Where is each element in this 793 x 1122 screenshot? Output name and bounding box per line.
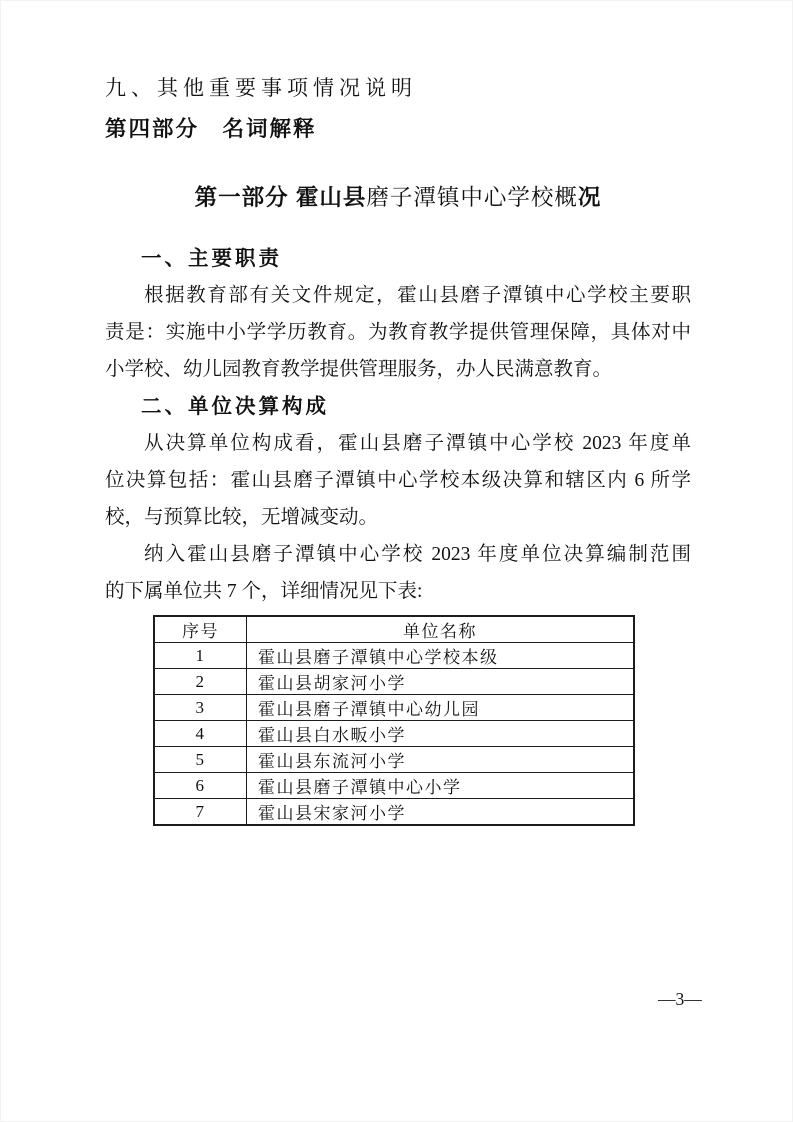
paragraph-line: 纳入霍山县磨子潭镇中心学校 2023 年度单位决算编制范围 <box>105 536 691 573</box>
document-page: 九、其他重要事项情况说明 第四部分 名词解释 第一部分 霍山县磨子潭镇中心学校概… <box>0 0 793 1122</box>
unit-name-cell: 霍山县胡家河小学 <box>247 669 635 695</box>
doc-title-regular-middle: 磨子潭镇中心学校概 <box>366 185 578 210</box>
table-row: 6霍山县磨子潭镇中心小学 <box>154 773 634 799</box>
unit-index-cell: 5 <box>154 747 247 773</box>
paragraph-line: 的下属单位共 7 个，详细情况见下表: <box>105 573 691 610</box>
unit-name-cell: 霍山县东流河小学 <box>247 747 635 773</box>
paragraph-line: 根据教育部有关文件规定，霍山县磨子潭镇中心学校主要职 <box>105 277 691 314</box>
unit-index-cell: 2 <box>154 669 247 695</box>
unit-name-cell: 霍山县宋家河小学 <box>247 799 635 826</box>
doc-title: 第一部分 霍山县磨子潭镇中心学校概况 <box>105 181 691 214</box>
unit-index-cell: 1 <box>154 643 247 669</box>
page-content: 九、其他重要事项情况说明 第四部分 名词解释 第一部分 霍山县磨子潭镇中心学校概… <box>105 73 691 826</box>
table-row: 2霍山县胡家河小学 <box>154 669 634 695</box>
unit-name-cell: 霍山县磨子潭镇中心小学 <box>247 773 635 799</box>
table-row: 5霍山县东流河小学 <box>154 747 634 773</box>
table-header-cell: 单位名称 <box>247 616 635 643</box>
unit-name-cell: 霍山县磨子潭镇中心幼儿园 <box>247 695 635 721</box>
intro-line: 九、其他重要事项情况说明 <box>105 73 691 103</box>
unit-name-cell: 霍山县磨子潭镇中心学校本级 <box>247 643 635 669</box>
unit-index-cell: 4 <box>154 721 247 747</box>
paragraph-line: 从决算单位构成看，霍山县磨子潭镇中心学校 2023 年度单 <box>105 425 691 462</box>
section-heading: 二、单位决算构成 <box>105 388 691 425</box>
units-table-body: 1霍山县磨子潭镇中心学校本级2霍山县胡家河小学3霍山县磨子潭镇中心幼儿园4霍山县… <box>154 643 634 826</box>
paragraph-line: 小学校、幼儿园教育教学提供管理服务，办人民满意教育。 <box>105 351 691 388</box>
unit-name-cell: 霍山县白水畈小学 <box>247 721 635 747</box>
page-number: —3— <box>658 988 702 1010</box>
section-heading: 一、主要职责 <box>105 240 691 277</box>
units-table: 序号单位名称 1霍山县磨子潭镇中心学校本级2霍山县胡家河小学3霍山县磨子潭镇中心… <box>153 615 635 826</box>
part4-heading: 第四部分 名词解释 <box>105 114 691 144</box>
doc-title-bold-start: 第一部分 霍山县 <box>195 185 367 210</box>
paragraph-line: 校，与预算比较，无增减变动。 <box>105 499 691 536</box>
paragraph-line: 位决算包括：霍山县磨子潭镇中心学校本级决算和辖区内 6 所学 <box>105 462 691 499</box>
paragraph-line: 责是：实施中小学学历教育。为教育教学提供管理保障，具体对中 <box>105 314 691 351</box>
unit-index-cell: 3 <box>154 695 247 721</box>
doc-title-bold-end: 况 <box>578 185 602 210</box>
table-row: 7霍山县宋家河小学 <box>154 799 634 826</box>
body-lines: 一、主要职责根据教育部有关文件规定，霍山县磨子潭镇中心学校主要职责是：实施中小学… <box>105 240 691 610</box>
table-row: 3霍山县磨子潭镇中心幼儿园 <box>154 695 634 721</box>
table-row: 1霍山县磨子潭镇中心学校本级 <box>154 643 634 669</box>
units-table-head: 序号单位名称 <box>154 616 634 643</box>
table-header-row: 序号单位名称 <box>154 616 634 643</box>
unit-index-cell: 7 <box>154 799 247 826</box>
table-header-cell: 序号 <box>154 616 247 643</box>
unit-index-cell: 6 <box>154 773 247 799</box>
table-row: 4霍山县白水畈小学 <box>154 721 634 747</box>
